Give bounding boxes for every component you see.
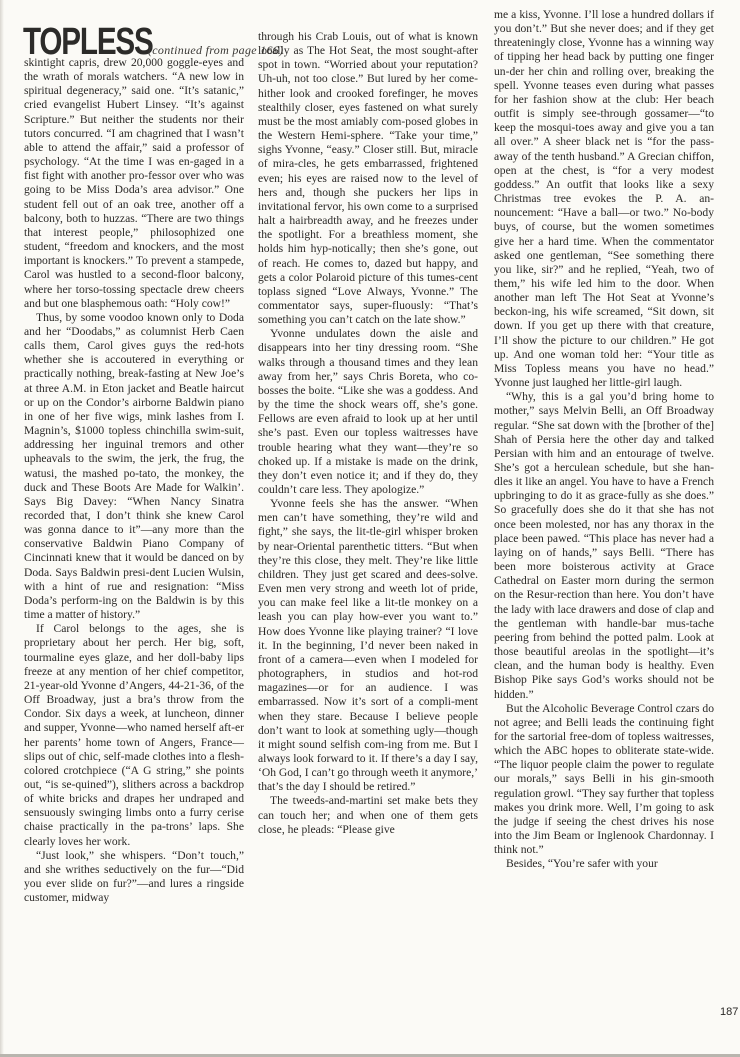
page-gutter-shadow: [0, 0, 4, 1057]
paragraph: But the Alcoholic Beverage Control czars…: [494, 702, 714, 858]
column-3: me a kiss, Yvonne. I’ll lose a hundred d…: [494, 8, 714, 872]
paragraph: “Just look,” she whispers. “Don’t touch,…: [24, 849, 244, 906]
column-1: skintight capris, drew 20,000 goggle-eye…: [24, 56, 244, 905]
paragraph: Yvonne undulates down the aisle and disa…: [258, 327, 478, 497]
paragraph: skintight capris, drew 20,000 goggle-eye…: [24, 56, 244, 311]
column-2: through his Crab Louis, out of what is k…: [258, 30, 478, 837]
paragraph: “Why, this is a gal you’d bring home to …: [494, 390, 714, 701]
paragraph: Besides, “You’re safer with your: [494, 857, 714, 871]
paragraph: me a kiss, Yvonne. I’ll lose a hundred d…: [494, 8, 714, 390]
paragraph: through his Crab Louis, out of what is k…: [258, 30, 478, 327]
paragraph: Yvonne feels she has the answer. “When m…: [258, 497, 478, 794]
paragraph: If Carol belongs to the ages, she is pro…: [24, 622, 244, 849]
page-number: 187: [720, 1006, 738, 1018]
paragraph: The tweeds-and-martini set make bets the…: [258, 794, 478, 836]
paragraph: Thus, by some voodoo known only to Doda …: [24, 311, 244, 622]
